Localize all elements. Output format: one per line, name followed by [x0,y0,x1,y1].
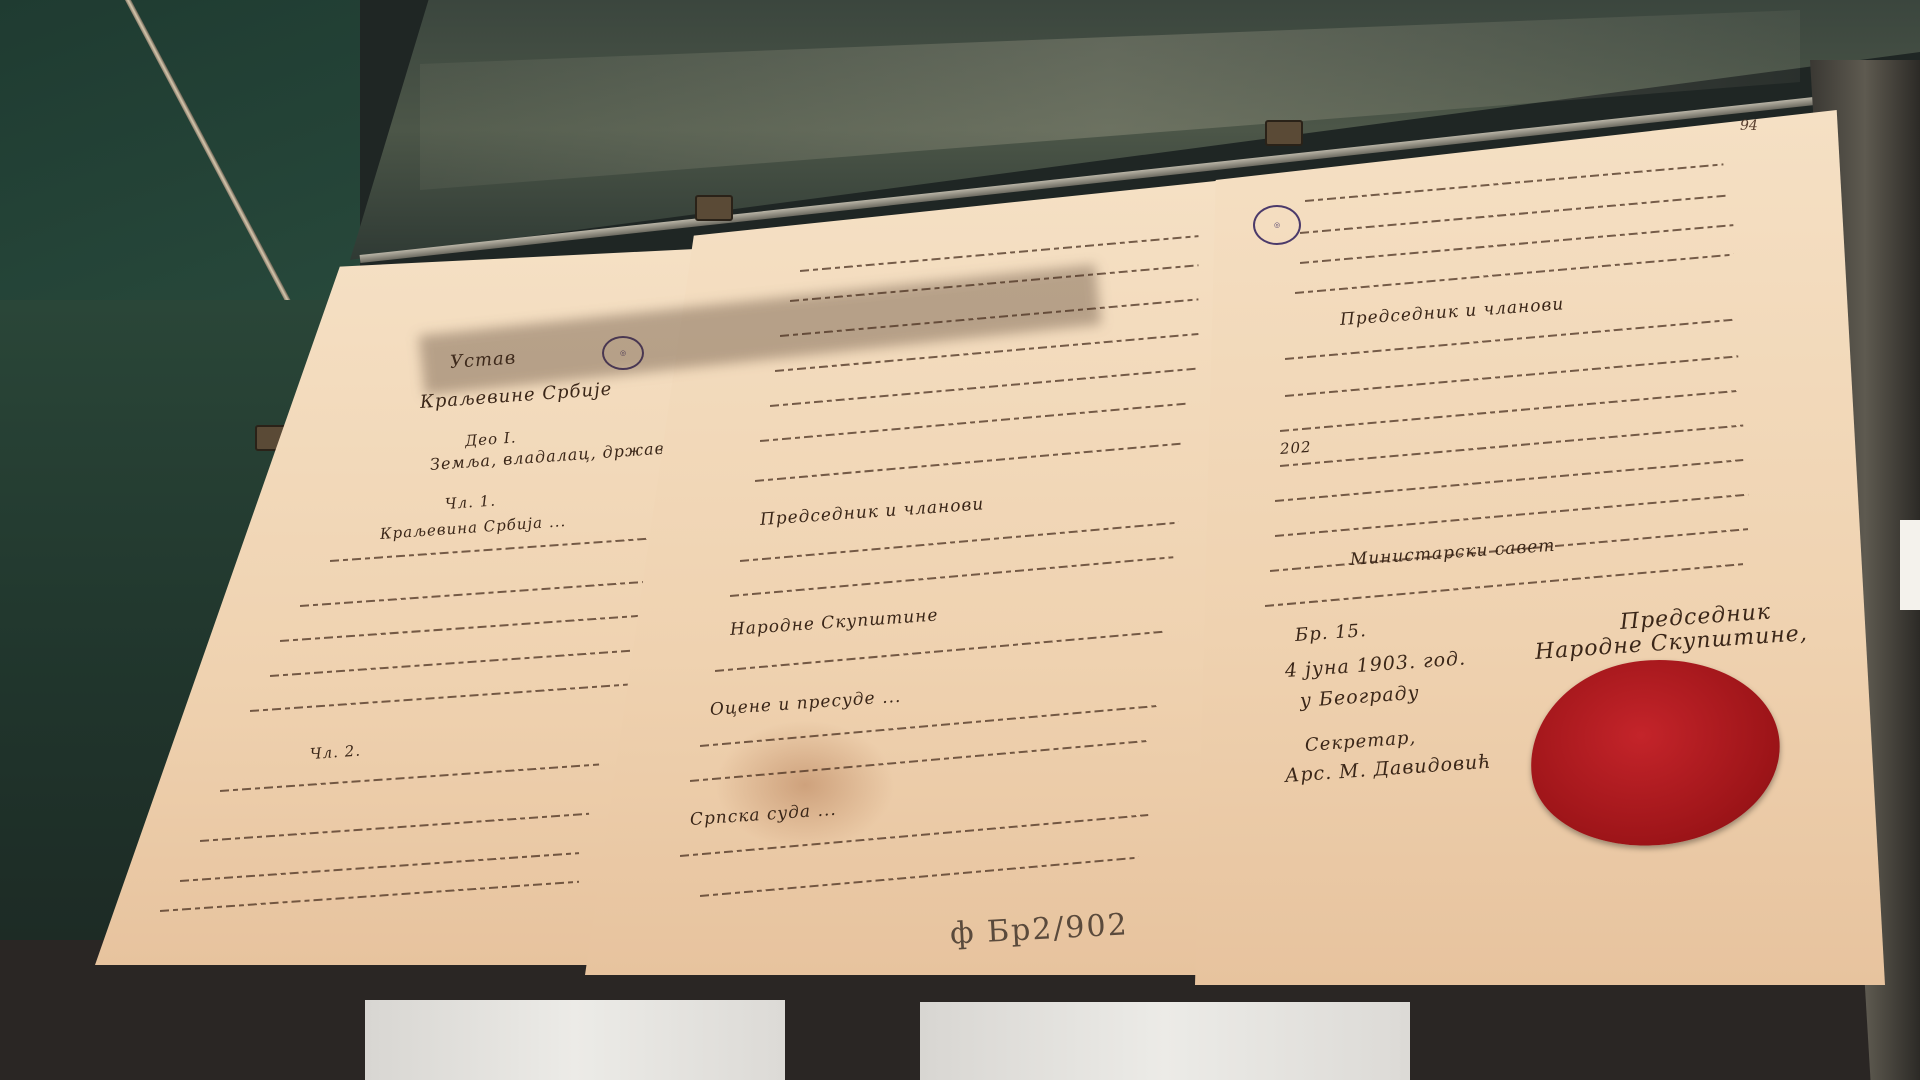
case-hinge [695,195,733,221]
left-page-line: Део I. [464,428,517,450]
light-glint [1900,520,1920,610]
case-hinge [1265,120,1303,146]
paper-stain [715,720,895,850]
museum-display-photo: ◎ Устав Краљевине Србије Део I. Земља, в… [0,0,1920,1080]
right-page-number-line: 202 [1279,438,1312,458]
page-number: 94 [1740,118,1758,134]
exhibit-label-card [365,1000,785,1080]
left-page-line: Чл. 2. [309,741,361,763]
archive-stamp: ◎ [1253,205,1301,245]
exhibit-label-card [920,1002,1410,1080]
left-page-line: Чл. 1. [444,491,496,513]
